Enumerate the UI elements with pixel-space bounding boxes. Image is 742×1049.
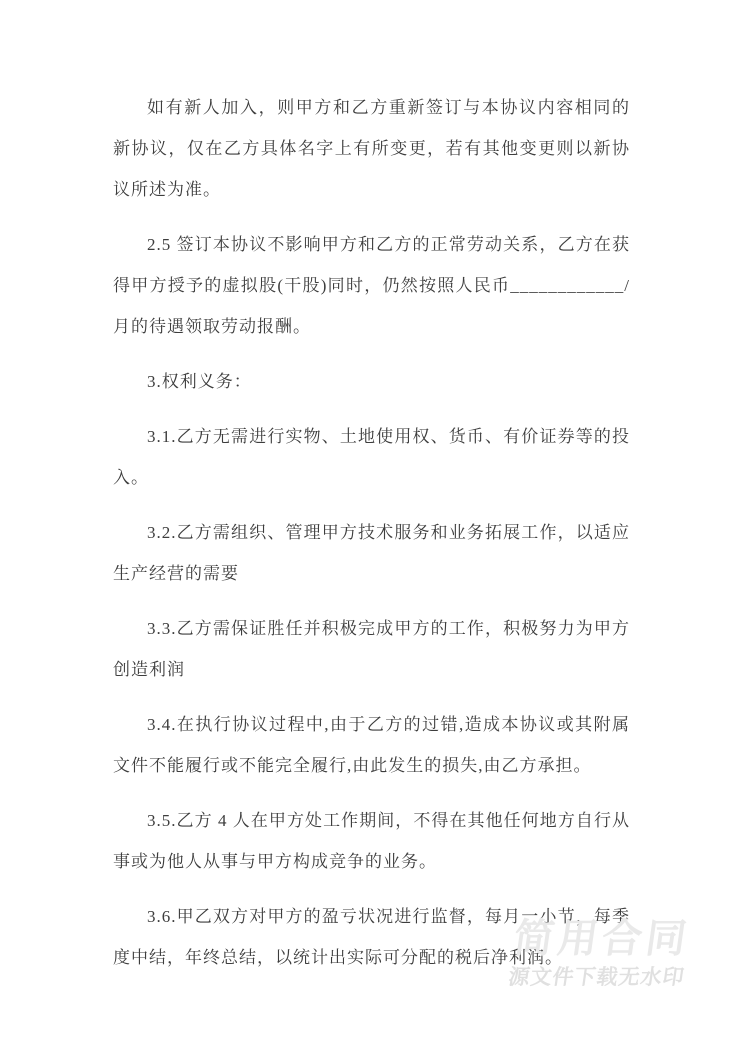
contract-body: 如有新人加入，则甲方和乙方重新签订与本协议内容相同的新协议，仅在乙方具体名字上有… (113, 87, 630, 992)
paragraph-clause-3-4: 3.4.在执行协议过程中,由于乙方的过错,造成本协议或其附属文件不能履行或不能完… (113, 704, 630, 786)
paragraph-clause-2-5: 2.5 签订本协议不影响甲方和乙方的正常劳动关系，乙方在获得甲方授予的虚拟股(干… (113, 224, 630, 347)
paragraph-clause-3-3: 3.3.乙方需保证胜任并积极完成甲方的工作，积极努力为甲方创造利润 (113, 608, 630, 690)
contract-document-page: 如有新人加入，则甲方和乙方重新签订与本协议内容相同的新协议，仅在乙方具体名字上有… (0, 0, 742, 1049)
paragraph-new-member-clause: 如有新人加入，则甲方和乙方重新签订与本协议内容相同的新协议，仅在乙方具体名字上有… (113, 87, 630, 210)
heading-rights-and-obligations: 3.权利义务： (113, 361, 630, 402)
paragraph-clause-3-2: 3.2.乙方需组织、管理甲方技术服务和业务拓展工作，以适应生产经营的需要 (113, 512, 630, 594)
paragraph-clause-3-1: 3.1.乙方无需进行实物、土地使用权、货币、有价证券等的投入。 (113, 416, 630, 498)
paragraph-clause-3-5: 3.5.乙方 4 人在甲方处工作期间，不得在其他任何地方自行从事或为他人从事与甲… (113, 800, 630, 882)
paragraph-clause-3-6: 3.6.甲乙双方对甲方的盈亏状况进行监督，每月一小节，每季度中结，年终总结，以统… (113, 896, 630, 978)
